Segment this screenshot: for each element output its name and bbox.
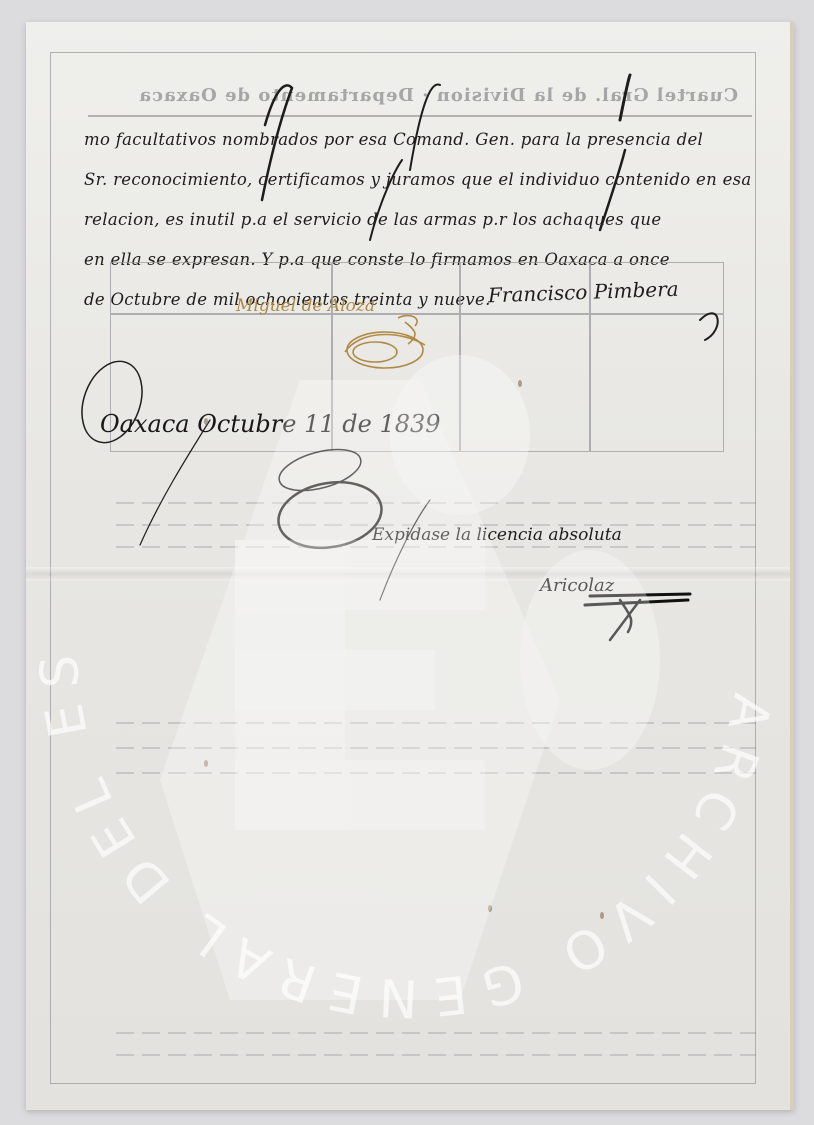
- pinhole: [204, 760, 208, 767]
- pinhole: [204, 418, 208, 425]
- pinhole: [518, 380, 522, 387]
- pinhole: [600, 912, 604, 919]
- pinhole: [488, 905, 492, 912]
- signature-gold-ink: Miguel de Aloza: [236, 296, 375, 316]
- decree-text: Expidase la licencia absoluta: [372, 525, 622, 545]
- rubric-signature: Aricolaz: [540, 575, 614, 596]
- ink-flourishes: [0, 0, 814, 1125]
- date-line: Oaxaca Octubre 11 de 1839: [100, 410, 441, 438]
